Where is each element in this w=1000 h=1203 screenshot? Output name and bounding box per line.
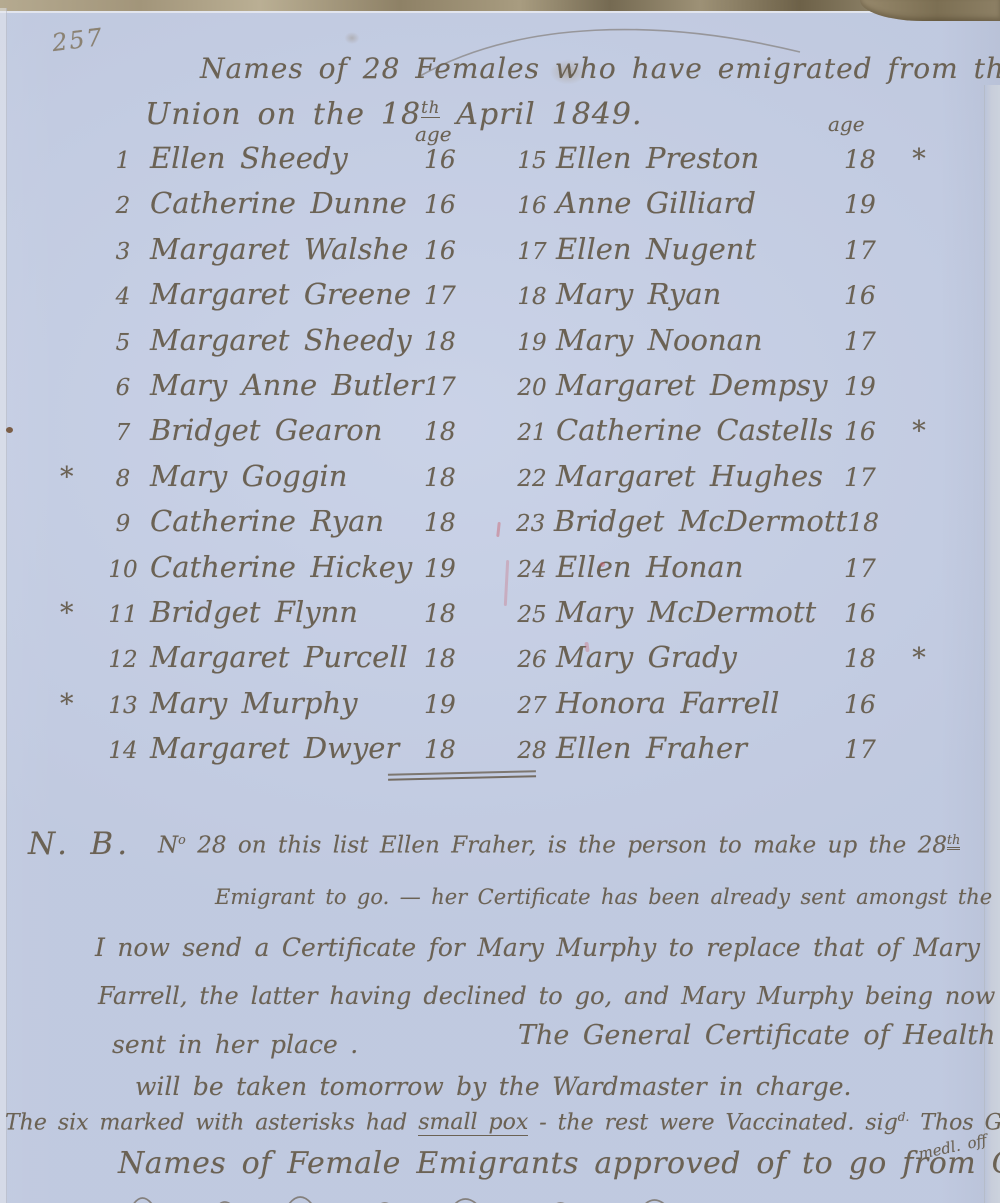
row-number: 9 xyxy=(96,511,150,537)
emigrant-age: 17 xyxy=(424,372,482,401)
trail-asterisk: * xyxy=(900,416,938,447)
emigrant-age: 19 xyxy=(424,690,482,719)
row-number: 5 xyxy=(96,330,150,356)
table-row: 9Catherine Ryan18 xyxy=(50,504,482,549)
emigrant-name: Mary Goggin xyxy=(150,459,424,493)
emigrant-age: 16 xyxy=(424,190,482,219)
row-number: 23 xyxy=(508,511,554,537)
next-list-heading: Names of Female Emigrants approved of to… xyxy=(118,1146,1000,1181)
scan-corner-tear xyxy=(860,0,1000,21)
emigrant-name: Bridget Gearon xyxy=(150,413,424,447)
emigrant-age: 18 xyxy=(424,463,482,492)
emigrant-name: Ellen Nugent xyxy=(556,232,844,266)
row-number: 24 xyxy=(508,557,556,583)
emigrant-name: Mary Ryan xyxy=(556,277,844,311)
emigrant-name: Ellen Fraher xyxy=(556,731,844,765)
names-column-left: 1Ellen Sheedy162Catherine Dunne163Margar… xyxy=(50,141,482,776)
row-number: 28 xyxy=(508,738,556,764)
table-row: 22Margaret Hughes17 xyxy=(494,459,938,504)
emigrant-name: Mary Noonan xyxy=(556,323,844,357)
note-no-superscript: o xyxy=(178,832,186,847)
emigrant-age: 19 xyxy=(424,554,482,583)
ink-dot xyxy=(6,427,13,433)
emigrant-name: Ellen Honan xyxy=(556,550,844,584)
emigrant-age: 18 xyxy=(424,508,482,537)
row-number: 19 xyxy=(508,330,556,356)
table-row: 16Anne Gilliard19 xyxy=(494,186,938,231)
note-line-1: No 28 on this list Ellen Fraher, is the … xyxy=(158,832,960,859)
emigrant-age: 17 xyxy=(844,327,900,356)
table-row: 2Catherine Dunne16 xyxy=(50,186,482,231)
trail-asterisk: * xyxy=(900,144,938,175)
emigrant-name: Catherine Hickey xyxy=(150,550,424,584)
emigrant-age: 17 xyxy=(844,236,900,265)
emigrant-name: Margaret Greene xyxy=(150,277,424,311)
title-line-2-rest: April 1849. xyxy=(440,97,642,132)
row-number: 15 xyxy=(508,148,556,174)
emigrant-name: Margaret Walshe xyxy=(150,232,424,266)
note-line-4: Farrell, the latter having declined to g… xyxy=(98,982,995,1010)
note-line-1-mid: 28 on this list Ellen Fraher, is the per… xyxy=(186,833,947,859)
row-number: 4 xyxy=(96,284,150,310)
emigrant-age: 16 xyxy=(844,599,900,628)
row-number: 16 xyxy=(508,193,556,219)
emigrant-name: Ellen Preston xyxy=(556,141,844,175)
row-number: 6 xyxy=(96,375,150,401)
table-row: 6Mary Anne Butler17 xyxy=(50,368,482,413)
row-number: 21 xyxy=(508,420,556,446)
emigrant-name: Margaret Dwyer xyxy=(150,731,424,765)
emigrant-name: Catherine Ryan xyxy=(150,504,424,538)
emigrant-name: Mary McDermott xyxy=(556,595,844,629)
emigrant-name: Mary Murphy xyxy=(150,686,424,720)
title-line-2-text: Union on the 18 xyxy=(145,97,421,132)
asterisk-note-line: The six marked with asterisks had small … xyxy=(5,1110,1000,1135)
trail-asterisk: * xyxy=(900,643,938,674)
emigrant-age: 19 xyxy=(844,190,900,219)
table-row: 20Margaret Dempsy19 xyxy=(494,368,938,413)
table-row: 5Margaret Sheedy18 xyxy=(50,323,482,368)
scan-top-edge xyxy=(0,0,1000,11)
emigrant-age: 17 xyxy=(844,463,900,492)
emigrant-name: Margaret Sheedy xyxy=(150,323,424,357)
asterisk-note-text: The six marked with asterisks had xyxy=(5,1110,418,1135)
table-row: 28Ellen Fraher17 xyxy=(494,731,938,776)
emigrant-name: Mary Anne Butler xyxy=(150,368,424,402)
title-line-2: Union on the 18th April 1849. xyxy=(145,97,643,132)
note-line-5-right: The General Certificate of Health xyxy=(518,1020,996,1051)
row-number: 7 xyxy=(96,420,150,446)
table-row: 10Catherine Hickey19 xyxy=(50,550,482,595)
table-row: 21Catherine Castells16* xyxy=(494,413,938,458)
asterisk-note-rest: - the rest were Vaccinated. sig xyxy=(528,1110,898,1135)
table-row: 15Ellen Preston18* xyxy=(494,141,938,186)
row-number: 22 xyxy=(508,466,556,492)
row-number: 3 xyxy=(96,239,150,265)
emigrant-age: 18 xyxy=(424,599,482,628)
emigrant-age: 18 xyxy=(424,735,482,764)
note-line-6: will be taken tomorrow by the Wardmaster… xyxy=(135,1072,851,1101)
row-number: 8 xyxy=(96,466,150,492)
emigrant-age: 19 xyxy=(844,372,900,401)
row-number: 12 xyxy=(96,647,150,673)
lead-asterisk: * xyxy=(50,689,96,720)
emigrant-age: 16 xyxy=(844,281,900,310)
emigrant-name: Mary Grady xyxy=(556,640,844,674)
emigrant-name: Margaret Dempsy xyxy=(556,368,844,402)
table-row: 17Ellen Nugent17 xyxy=(494,232,938,277)
row-number: 27 xyxy=(508,693,556,719)
row-number: 25 xyxy=(508,602,556,628)
note-line-2: Emigrant to go. — her Certificate has be… xyxy=(215,885,1000,909)
table-row: 14Margaret Dwyer18 xyxy=(50,731,482,776)
row-number: 26 xyxy=(508,647,556,673)
emigrant-name: Catherine Dunne xyxy=(150,186,424,220)
emigrant-age: 16 xyxy=(844,417,900,446)
manuscript-page: 257 Names of 28 Females who have emigrat… xyxy=(0,0,1000,1203)
table-row: 7Bridget Gearon18 xyxy=(50,413,482,458)
emigrant-age: 18 xyxy=(424,644,482,673)
emigrant-name: Bridget Flynn xyxy=(150,595,424,629)
note-line-5-left: sent in her place . xyxy=(112,1030,358,1059)
emigrant-name: Catherine Castells xyxy=(556,413,844,447)
table-row: 24Ellen Honan17 xyxy=(494,550,938,595)
row-number: 11 xyxy=(96,602,150,628)
note-ordinal-suffix: th xyxy=(947,832,960,850)
emigrant-name: Anne Gilliard xyxy=(556,186,844,220)
title-ordinal-suffix: th xyxy=(421,98,440,118)
table-row: 26Mary Grady18* xyxy=(494,640,938,685)
emigrant-age: 16 xyxy=(424,145,482,174)
table-row: 27Honora Farrell16 xyxy=(494,686,938,731)
emigrant-name: Margaret Purcell xyxy=(150,640,424,674)
row-number: 18 xyxy=(508,284,556,310)
signed-superscript: d. xyxy=(898,1110,910,1124)
emigrant-age: 18 xyxy=(844,145,900,174)
table-row: *11Bridget Flynn18 xyxy=(50,595,482,640)
note-label: N. B. xyxy=(28,826,131,862)
signature: Thos G xyxy=(909,1110,1000,1135)
page-number: 257 xyxy=(50,23,105,57)
table-row: *8Mary Goggin18 xyxy=(50,459,482,504)
row-number: 10 xyxy=(96,557,150,583)
names-column-right: 15Ellen Preston18*16Anne Gilliard1917Ell… xyxy=(494,141,938,776)
row-number: 13 xyxy=(96,693,150,719)
emigrant-age: 16 xyxy=(424,236,482,265)
table-row: 18Mary Ryan16 xyxy=(494,277,938,322)
table-row: *13Mary Murphy19 xyxy=(50,686,482,731)
emigrant-name: Ellen Sheedy xyxy=(150,141,424,175)
emigrant-name: Honora Farrell xyxy=(556,686,844,720)
table-row: 19Mary Noonan17 xyxy=(494,323,938,368)
table-row: 12Margaret Purcell18 xyxy=(50,640,482,685)
smallpox-underlined: small pox xyxy=(418,1110,528,1136)
emigrant-age: 17 xyxy=(424,281,482,310)
emigrant-age: 17 xyxy=(844,554,900,583)
title-line-1: Names of 28 Females who have emigrated f… xyxy=(200,52,1000,85)
table-row: 25Mary McDermott16 xyxy=(494,595,938,640)
cutoff-line-strokes xyxy=(120,1184,840,1203)
note-line-3: I now send a Certificate for Mary Murphy… xyxy=(95,933,980,962)
lead-asterisk: * xyxy=(50,462,96,493)
emigrant-age: 18 xyxy=(424,417,482,446)
age-header-right: age xyxy=(828,112,865,136)
note-line-1-text: N xyxy=(158,833,178,859)
scan-left-page-edge xyxy=(0,8,7,1203)
table-row: 4Margaret Greene17 xyxy=(50,277,482,322)
row-number: 1 xyxy=(96,148,150,174)
row-number: 14 xyxy=(96,738,150,764)
emigrant-name: Margaret Hughes xyxy=(556,459,844,493)
emigrant-age: 18 xyxy=(847,508,901,537)
row-number: 2 xyxy=(96,193,150,219)
row-number: 20 xyxy=(508,375,556,401)
red-ink-dot xyxy=(600,562,605,567)
table-row: 3Margaret Walshe16 xyxy=(50,232,482,277)
emigrant-age: 18 xyxy=(424,327,482,356)
emigrant-age: 16 xyxy=(844,690,900,719)
emigrant-age: 17 xyxy=(844,735,900,764)
table-row: 1Ellen Sheedy16 xyxy=(50,141,482,186)
emigrant-age: 18 xyxy=(844,644,900,673)
emigrant-name: Bridget McDermott xyxy=(554,504,847,538)
row-number: 17 xyxy=(508,239,556,265)
lead-asterisk: * xyxy=(50,598,96,629)
table-row: 23Bridget McDermott18 xyxy=(494,504,938,549)
